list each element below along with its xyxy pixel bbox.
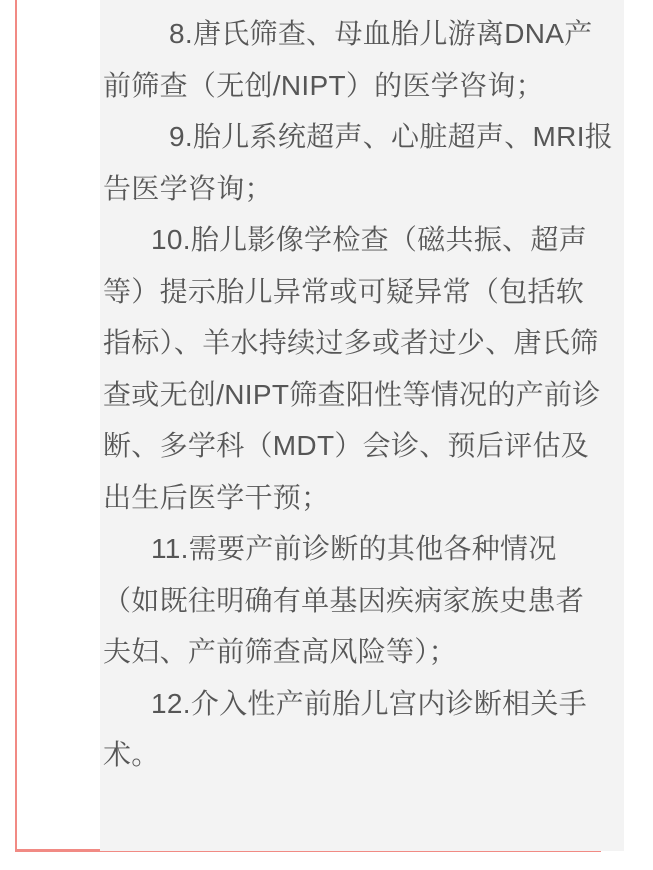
accent-border-left	[15, 0, 17, 852]
paragraph: 8.唐氏筛查、母血胎儿游离DNA产前筛查（无创/NIPT）的医学咨询；	[103, 8, 620, 111]
text-line: （如既往明确有单基因疾病家族史患者	[103, 575, 620, 627]
text-line: 9.胎儿系统超声、心脏超声、MRI报	[103, 111, 620, 163]
text-line: 8.唐氏筛查、母血胎儿游离DNA产	[103, 8, 620, 60]
text-line: 10.胎儿影像学检查（磁共振、超声	[103, 214, 620, 266]
text-line: 断、多学科（MDT）会诊、预后评估及	[103, 420, 620, 472]
text-line: 术。	[103, 729, 620, 781]
paragraph: 10.胎儿影像学检查（磁共振、超声等）提示胎儿异常或可疑异常（包括软指标）、羊水…	[103, 214, 620, 523]
text-line: 查或无创/NIPT筛查阳性等情况的产前诊	[103, 369, 620, 421]
paragraph: 9.胎儿系统超声、心脏超声、MRI报告医学咨询；	[103, 111, 620, 214]
text-line: 11.需要产前诊断的其他各种情况	[103, 523, 620, 575]
text-line: 夫妇、产前筛查高风险等）；	[103, 626, 620, 678]
article-text: 8.唐氏筛查、母血胎儿游离DNA产前筛查（无创/NIPT）的医学咨询；9.胎儿系…	[100, 0, 624, 781]
paragraph: 12.介入性产前胎儿宫内诊断相关手术。	[103, 678, 620, 781]
text-line: 等）提示胎儿异常或可疑异常（包括软	[103, 266, 620, 318]
article-content-panel: 8.唐氏筛查、母血胎儿游离DNA产前筛查（无创/NIPT）的医学咨询；9.胎儿系…	[100, 0, 624, 851]
text-line: 指标）、羊水持续过多或者过少、唐氏筛	[103, 317, 620, 369]
text-line: 出生后医学干预；	[103, 472, 620, 524]
text-line: 告医学咨询；	[103, 163, 620, 215]
text-line: 12.介入性产前胎儿宫内诊断相关手	[103, 678, 620, 730]
text-line: 前筛查（无创/NIPT）的医学咨询；	[103, 60, 620, 112]
paragraph: 11.需要产前诊断的其他各种情况（如既往明确有单基因疾病家族史患者夫妇、产前筛查…	[103, 523, 620, 678]
